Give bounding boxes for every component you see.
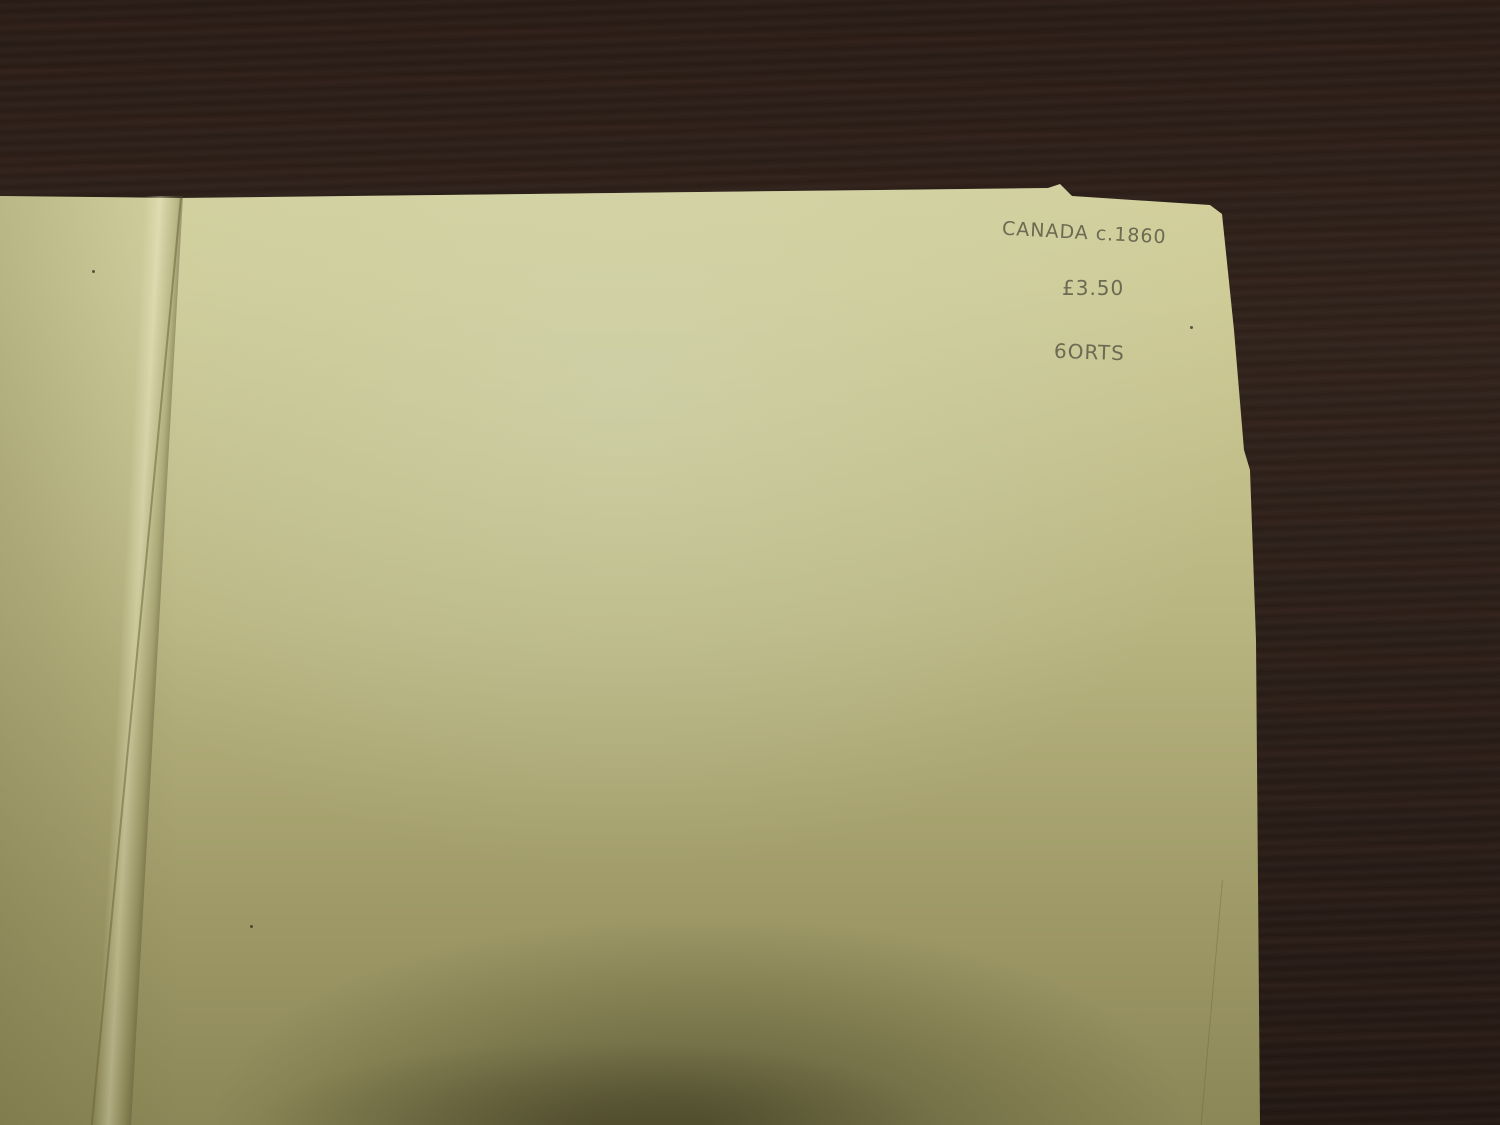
paper-speck	[250, 925, 253, 928]
pencil-note-price: £3.50	[1062, 276, 1124, 300]
shadow	[250, 1040, 950, 1125]
paper-speck	[1190, 326, 1193, 329]
pencil-note-code: 6ORTS	[1054, 339, 1126, 365]
paper-speck	[92, 270, 95, 273]
